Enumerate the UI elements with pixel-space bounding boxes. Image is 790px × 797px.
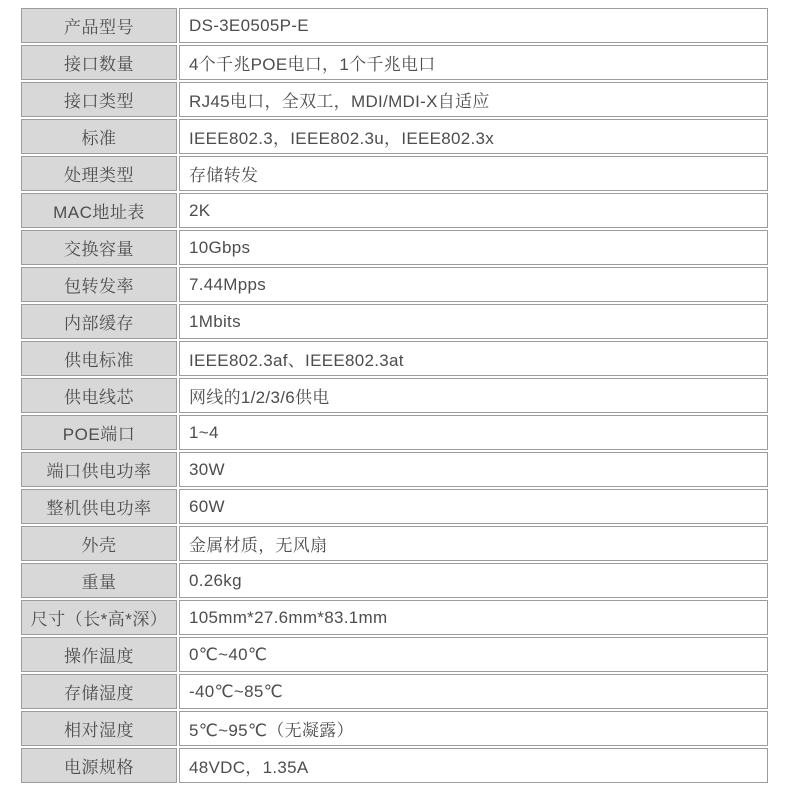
spec-value: 7.44Mpps — [179, 267, 768, 302]
spec-row: 包转发率 7.44Mpps — [21, 267, 768, 302]
spec-row: 整机供电功率 60W — [21, 489, 768, 524]
spec-label: MAC地址表 — [21, 193, 177, 228]
spec-label: 重量 — [21, 563, 177, 598]
spec-label: 尺寸（长*高*深） — [21, 600, 177, 635]
spec-value: 0℃~40℃ — [179, 637, 768, 672]
spec-label: 供电线芯 — [21, 378, 177, 413]
spec-label: 产品型号 — [21, 8, 177, 43]
spec-row: 标准 IEEE802.3，IEEE802.3u，IEEE802.3x — [21, 119, 768, 154]
spec-label: 交换容量 — [21, 230, 177, 265]
spec-value: 10Gbps — [179, 230, 768, 265]
spec-row: 处理类型 存储转发 — [21, 156, 768, 191]
spec-value: 5℃~95℃（无凝露） — [179, 711, 768, 746]
spec-row: 供电标准 IEEE802.3af、IEEE802.3at — [21, 341, 768, 376]
spec-value: 2K — [179, 193, 768, 228]
spec-value: 30W — [179, 452, 768, 487]
spec-row: 内部缓存 1Mbits — [21, 304, 768, 339]
spec-value: 网线的1/2/3/6供电 — [179, 378, 768, 413]
spec-row: 重量 0.26kg — [21, 563, 768, 598]
spec-table-body: 产品型号 DS-3E0505P-E 接口数量 4个千兆POE电口，1个千兆电口 … — [21, 8, 768, 783]
spec-label: 标准 — [21, 119, 177, 154]
spec-label: 接口类型 — [21, 82, 177, 117]
spec-row: POE端口 1~4 — [21, 415, 768, 450]
spec-value: 1Mbits — [179, 304, 768, 339]
spec-label: 电源规格 — [21, 748, 177, 783]
spec-row: 接口类型 RJ45电口，全双工，MDI/MDI-X自适应 — [21, 82, 768, 117]
spec-value: DS-3E0505P-E — [179, 8, 768, 43]
spec-value: 60W — [179, 489, 768, 524]
spec-label: 外壳 — [21, 526, 177, 561]
spec-label: 供电标准 — [21, 341, 177, 376]
spec-value: -40℃~85℃ — [179, 674, 768, 709]
spec-value: 105mm*27.6mm*83.1mm — [179, 600, 768, 635]
spec-label: 端口供电功率 — [21, 452, 177, 487]
spec-row: 交换容量 10Gbps — [21, 230, 768, 265]
spec-value: 4个千兆POE电口，1个千兆电口 — [179, 45, 768, 80]
spec-row: 相对湿度 5℃~95℃（无凝露） — [21, 711, 768, 746]
spec-row: 端口供电功率 30W — [21, 452, 768, 487]
spec-value: 48VDC，1.35A — [179, 748, 768, 783]
spec-value: 金属材质，无风扇 — [179, 526, 768, 561]
spec-value: RJ45电口，全双工，MDI/MDI-X自适应 — [179, 82, 768, 117]
spec-label: 操作温度 — [21, 637, 177, 672]
spec-label: 相对湿度 — [21, 711, 177, 746]
product-spec-page: 产品型号 DS-3E0505P-E 接口数量 4个千兆POE电口，1个千兆电口 … — [0, 0, 790, 797]
spec-label: POE端口 — [21, 415, 177, 450]
spec-row: 供电线芯 网线的1/2/3/6供电 — [21, 378, 768, 413]
spec-label: 存储湿度 — [21, 674, 177, 709]
spec-label: 整机供电功率 — [21, 489, 177, 524]
spec-row: 操作温度 0℃~40℃ — [21, 637, 768, 672]
spec-row: 产品型号 DS-3E0505P-E — [21, 8, 768, 43]
spec-row: 电源规格 48VDC，1.35A — [21, 748, 768, 783]
spec-label: 接口数量 — [21, 45, 177, 80]
spec-label: 内部缓存 — [21, 304, 177, 339]
spec-label: 包转发率 — [21, 267, 177, 302]
spec-value: 1~4 — [179, 415, 768, 450]
spec-value: IEEE802.3af、IEEE802.3at — [179, 341, 768, 376]
spec-label: 处理类型 — [21, 156, 177, 191]
spec-value: 存储转发 — [179, 156, 768, 191]
spec-row: 尺寸（长*高*深） 105mm*27.6mm*83.1mm — [21, 600, 768, 635]
spec-value: 0.26kg — [179, 563, 768, 598]
spec-row: 外壳 金属材质，无风扇 — [21, 526, 768, 561]
spec-row: 接口数量 4个千兆POE电口，1个千兆电口 — [21, 45, 768, 80]
spec-table: 产品型号 DS-3E0505P-E 接口数量 4个千兆POE电口，1个千兆电口 … — [19, 6, 770, 785]
spec-value: IEEE802.3，IEEE802.3u，IEEE802.3x — [179, 119, 768, 154]
spec-row: MAC地址表 2K — [21, 193, 768, 228]
spec-row: 存储湿度 -40℃~85℃ — [21, 674, 768, 709]
